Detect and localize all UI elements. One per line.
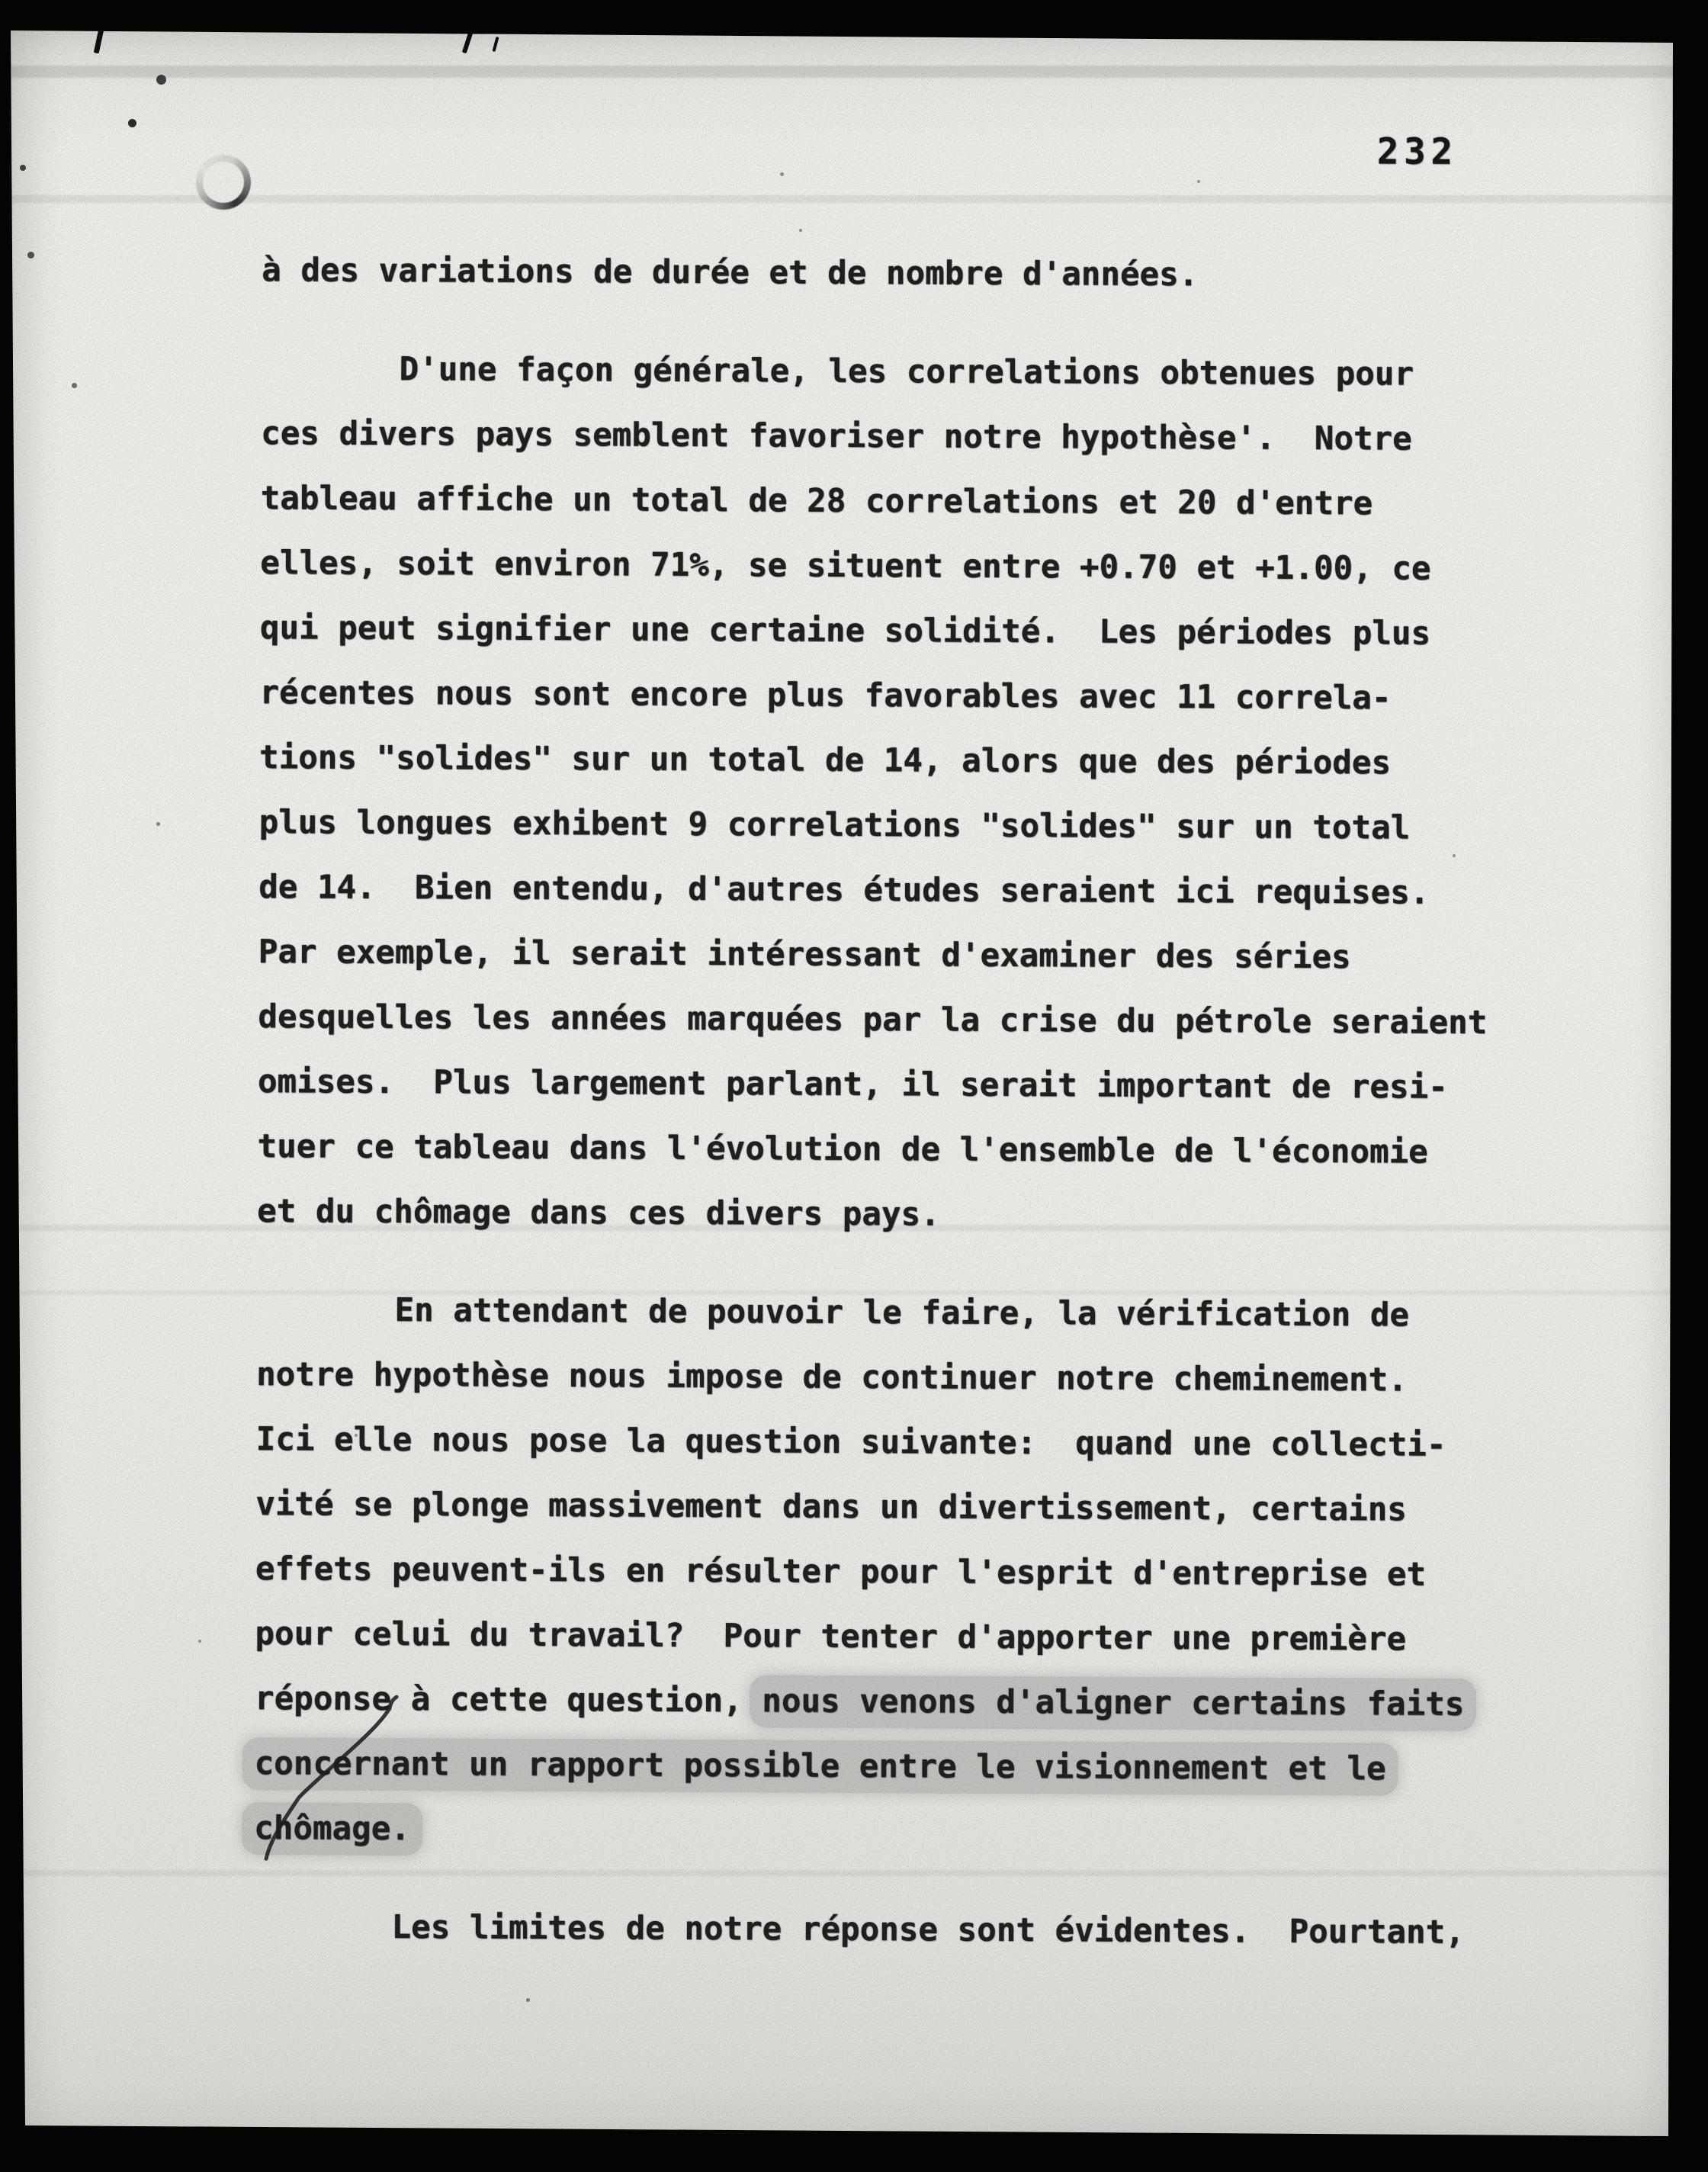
ink-speck bbox=[20, 165, 26, 171]
text-line: omises. Plus largement parlant, il serai… bbox=[258, 1049, 1516, 1120]
ink-speck bbox=[690, 503, 693, 506]
ink-speck bbox=[1453, 854, 1456, 857]
paragraph: à des variations de durée et de nombre d… bbox=[262, 238, 1520, 309]
highlight-mark: nous venons d'aligner certains faits bbox=[750, 1675, 1476, 1731]
ink-speck bbox=[854, 1079, 857, 1082]
text-line: chômage. bbox=[254, 1796, 1512, 1867]
text-line: D'une façon générale, les correlations o… bbox=[261, 336, 1519, 407]
scan-background: 232 à des variations de durée et de nomb… bbox=[0, 0, 1708, 2172]
ink-speck bbox=[780, 172, 784, 176]
text-line: et du chômage dans ces divers pays. bbox=[257, 1179, 1515, 1250]
ink-speck bbox=[1197, 180, 1200, 183]
text-line: elles, soit environ 71%, se situent entr… bbox=[260, 531, 1518, 602]
ink-speck bbox=[526, 1998, 530, 2002]
ink-speck bbox=[799, 229, 802, 232]
text-line: Les limites de notre réponse sont éviden… bbox=[253, 1894, 1511, 1965]
ink-speck bbox=[72, 383, 77, 388]
document-text: à des variations de durée et de nombre d… bbox=[253, 238, 1520, 1965]
page-content: 232 à des variations de durée et de nomb… bbox=[0, 0, 1708, 2172]
highlight-mark: chômage. bbox=[242, 1802, 422, 1856]
text-line: desquelles les années marquées par la cr… bbox=[258, 985, 1516, 1055]
text-line: ces divers pays semblent favoriser notre… bbox=[261, 401, 1519, 472]
ink-speck bbox=[355, 1434, 358, 1437]
page-number: 232 bbox=[1377, 130, 1458, 173]
text-line: de 14. Bien entendu, d'autres études ser… bbox=[258, 855, 1517, 926]
text-line: effets peuvent-ils en résulter pour l'es… bbox=[255, 1537, 1514, 1608]
highlight-mark: concernant un rapport possible entre le … bbox=[242, 1737, 1398, 1795]
ink-speck bbox=[1125, 1701, 1128, 1704]
ink-speck bbox=[156, 822, 160, 826]
ink-speck bbox=[27, 252, 34, 259]
text-line: vité se plonge massivement dans un diver… bbox=[255, 1472, 1514, 1543]
paragraph: Les limites de notre réponse sont éviden… bbox=[253, 1894, 1511, 1965]
text-line: plus longues exhibent 9 correlations "so… bbox=[258, 790, 1517, 861]
text-line: En attendant de pouvoir le faire, la vér… bbox=[256, 1277, 1514, 1348]
paragraph: D'une façon générale, les correlations o… bbox=[257, 336, 1520, 1250]
text-line: qui peut signifier une certaine solidité… bbox=[260, 596, 1518, 667]
ink-speck bbox=[156, 75, 166, 85]
text-line: Ici elle nous pose la question suivante:… bbox=[256, 1407, 1514, 1478]
text-line: notre hypothèse nous impose de continuer… bbox=[256, 1342, 1514, 1413]
paper-sheet: 232 à des variations de durée et de nomb… bbox=[0, 0, 1708, 2172]
text-line: à des variations de durée et de nombre d… bbox=[262, 238, 1520, 309]
text-line: Par exemple, il serait intéressant d'exa… bbox=[258, 920, 1517, 991]
ink-speck bbox=[198, 1640, 201, 1643]
paragraph: En attendant de pouvoir le faire, la vér… bbox=[254, 1277, 1515, 1867]
ink-speck bbox=[412, 959, 415, 962]
text-line: tions "solides" sur un total de 14, alor… bbox=[259, 725, 1517, 796]
text-line: tuer ce tableau dans l'évolution de l'en… bbox=[257, 1114, 1515, 1185]
text-line: pour celui du travail? Pour tenter d'app… bbox=[255, 1602, 1513, 1672]
text-line: concernant un rapport possible entre le … bbox=[254, 1731, 1512, 1802]
text-line: tableau affiche un total de 28 correlati… bbox=[261, 466, 1519, 537]
text-line: récentes nous sont encore plus favorable… bbox=[259, 660, 1517, 731]
ink-speck bbox=[1296, 625, 1299, 628]
ink-speck bbox=[128, 119, 136, 127]
text-line: réponse à cette question, nous venons d'… bbox=[255, 1666, 1513, 1737]
